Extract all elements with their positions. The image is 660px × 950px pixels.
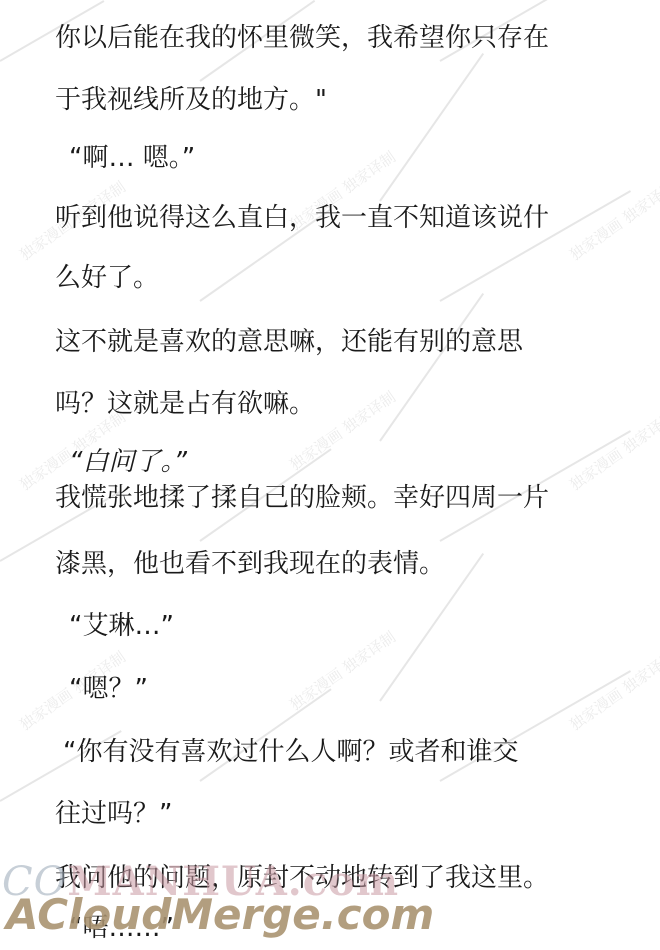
text-line: “艾琳…” xyxy=(69,610,174,642)
text-line: 漆黑，他也看不到我现在的表情。 xyxy=(55,548,445,580)
watermark-text: 独家漫画 独家译制 xyxy=(565,176,660,265)
text-line: “嗯？” xyxy=(69,673,148,705)
watermark-text: 独家漫画 独家译制 xyxy=(285,626,399,715)
text-line: 听到他说得这么直白，我一直不知道该说什 xyxy=(55,202,549,234)
text-line: 往过吗？” xyxy=(55,798,172,830)
text-line: 这不就是喜欢的意思嘛，还能有别的意思 xyxy=(55,326,523,358)
text-line: 吗？这就是占有欲嘛。 xyxy=(55,388,315,420)
watermark-text: 独家漫画 独家译制 xyxy=(565,406,660,495)
watermark-text: 独家漫画 独家译制 xyxy=(565,646,660,735)
text-line: “白问了。” xyxy=(69,446,187,478)
text-line: “你有没有喜欢过什么人啊？或者和谁交 xyxy=(63,736,518,768)
text-line: 于我视线所及的地方。" xyxy=(55,84,327,116)
text-line: 你以后能在我的怀里微笑，我希望你只存在 xyxy=(55,22,549,54)
text-line: 我慌张地揉了揉自己的脸颊。幸好四周一片 xyxy=(55,482,549,514)
site-watermark-acloudmerge: ACloudMerge.com xyxy=(6,890,434,939)
text-line: 么好了。 xyxy=(55,262,159,294)
text-line: “啊… 嗯。” xyxy=(69,142,195,174)
